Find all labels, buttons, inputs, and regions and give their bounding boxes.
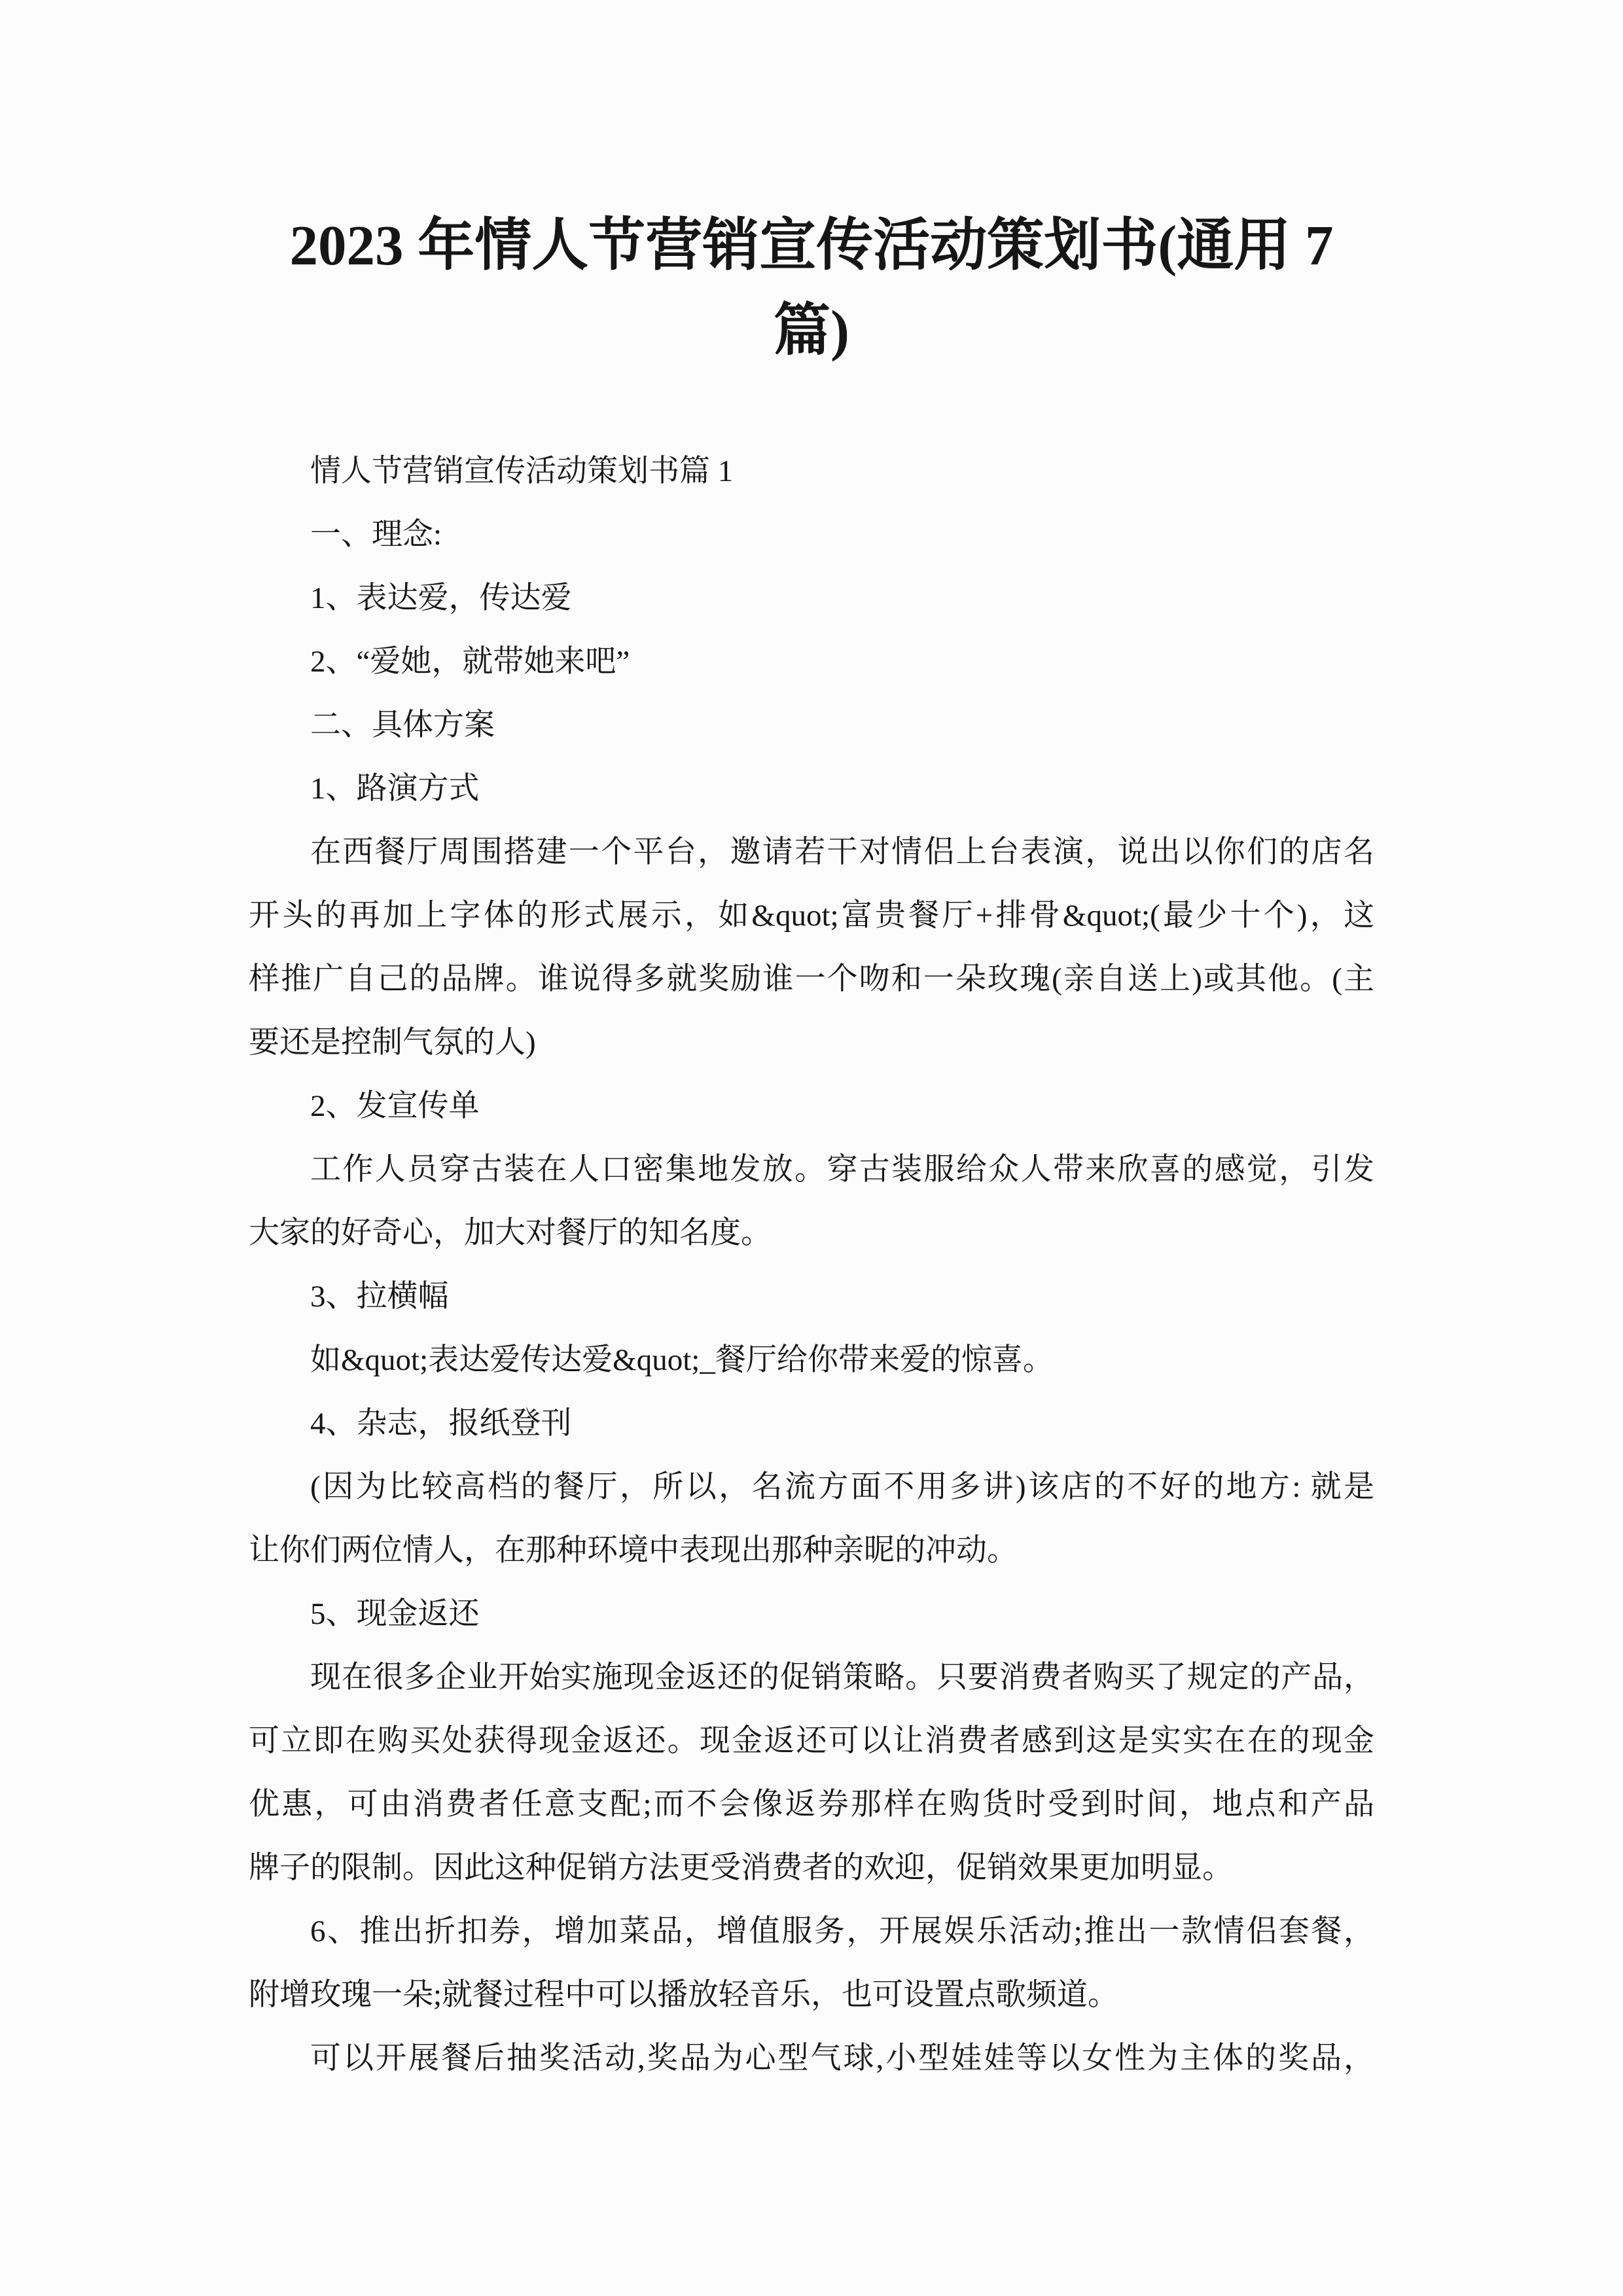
text-line: 情人节营销宣传活动策划书篇 1 xyxy=(249,440,1374,503)
text-line: 样推广自己的品牌。谁说得多就奖励谁一个吻和一朵玫瑰(亲自送上)或其他。(主 xyxy=(249,948,1374,1011)
text-line: 1、表达爱，传达爱 xyxy=(249,567,1374,630)
text-line: 让你们两位情人，在那种环境中表现出那种亲昵的冲动。 xyxy=(249,1519,1374,1583)
text-line: 一、理念: xyxy=(249,503,1374,567)
document-body: 情人节营销宣传活动策划书篇 1 一、理念: 1、表达爱，传达爱 2、“爱她，就带… xyxy=(249,440,1374,2090)
text-line: 优惠，可由消费者任意支配;而不会像返券那样在购货时受到时间，地点和产品 xyxy=(249,1773,1374,1837)
text-line: (因为比较高档的餐厅，所以，名流方面不用多讲)该店的不好的地方: 就是 xyxy=(249,1456,1374,1519)
text-line: 如&quot;表达爱传达爱&quot;_餐厅给你带来爱的惊喜。 xyxy=(249,1329,1374,1392)
text-line: 2、“爱她，就带她来吧” xyxy=(249,630,1374,694)
text-line: 大家的好奇心，加大对餐厅的知名度。 xyxy=(249,1202,1374,1265)
text-line: 可立即在购买处获得现金返还。现金返还可以让消费者感到这是实实在在的现金 xyxy=(249,1710,1374,1773)
text-line: 附增玫瑰一朵;就餐过程中可以播放轻音乐，也可设置点歌频道。 xyxy=(249,1964,1374,2027)
text-line: 可以开展餐后抽奖活动,奖品为心型气球,小型娃娃等以女性为主体的奖品， xyxy=(249,2027,1374,2090)
text-line: 现在很多企业开始实施现金返还的促销策略。只要消费者购买了规定的产品， xyxy=(249,1646,1374,1710)
document-title-line-1: 2023 年情人节营销宣传活动策划书(通用 7 xyxy=(249,203,1374,288)
text-line: 开头的再加上字体的形式展示，如&quot;富贵餐厅+排骨&quot;(最少十个)… xyxy=(249,884,1374,948)
text-line: 4、杂志，报纸登刊 xyxy=(249,1392,1374,1456)
text-line: 要还是控制气氛的人) xyxy=(249,1011,1374,1075)
text-line: 在西餐厅周围搭建一个平台，邀请若干对情侣上台表演，说出以你们的店名 xyxy=(249,821,1374,884)
document-title: 2023 年情人节营销宣传活动策划书(通用 7 篇) xyxy=(249,203,1374,373)
document-title-line-2: 篇) xyxy=(249,288,1374,373)
text-line: 牌子的限制。因此这种促销方法更受消费者的欢迎，促销效果更加明显。 xyxy=(249,1837,1374,1900)
page-content: 2023 年情人节营销宣传活动策划书(通用 7 篇) 情人节营销宣传活动策划书篇… xyxy=(249,203,1374,2090)
document-page: 2023 年情人节营销宣传活动策划书(通用 7 篇) 情人节营销宣传活动策划书篇… xyxy=(0,0,1623,2296)
text-line: 二、具体方案 xyxy=(249,694,1374,757)
text-line: 1、路演方式 xyxy=(249,757,1374,821)
text-line: 6、推出折扣券，增加菜品，增值服务，开展娱乐活动;推出一款情侣套餐， xyxy=(249,1900,1374,1964)
text-line: 5、现金返还 xyxy=(249,1583,1374,1646)
text-line: 3、拉横幅 xyxy=(249,1265,1374,1329)
text-line: 工作人员穿古装在人口密集地发放。穿古装服给众人带来欣喜的感觉，引发 xyxy=(249,1138,1374,1202)
text-line: 2、发宣传单 xyxy=(249,1075,1374,1138)
